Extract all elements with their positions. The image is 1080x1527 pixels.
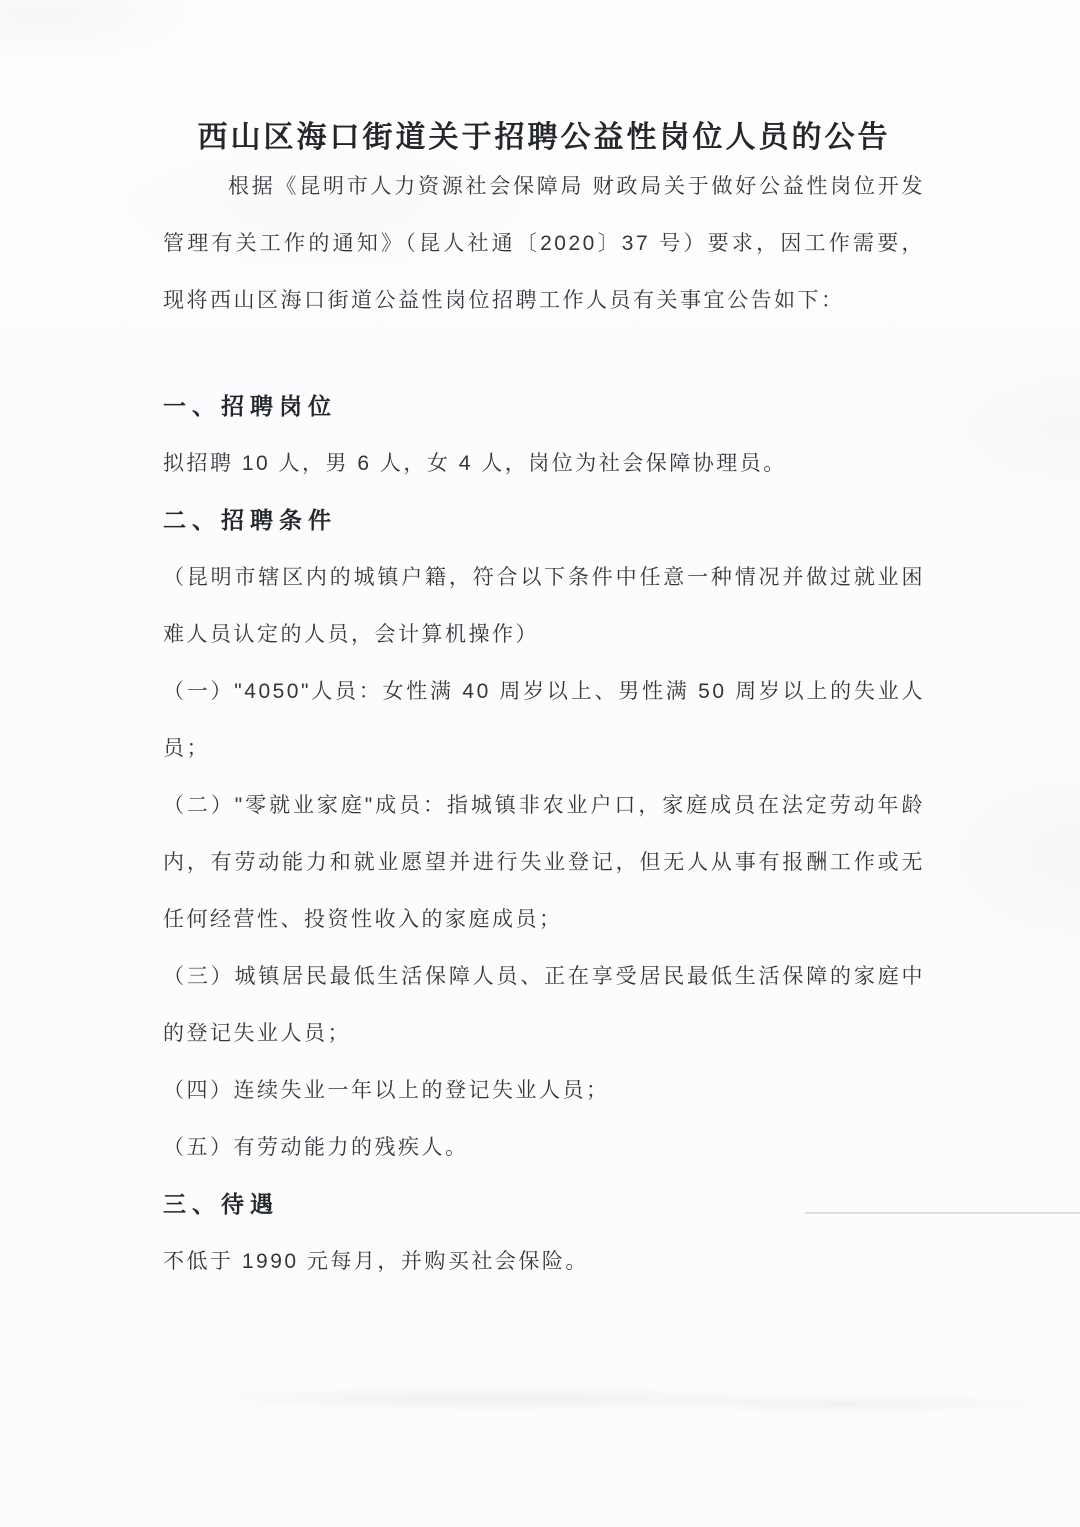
document-content: 西山区海口街道关于招聘公益性岗位人员的公告 根据《昆明市人力资源社会保障局 财政…	[163, 0, 925, 1290]
section-1-heading: 一、招聘岗位	[163, 378, 925, 435]
section-recruit-positions: 一、招聘岗位 拟招聘 10 人，男 6 人，女 4 人，岗位为社会保障协理员。	[163, 378, 925, 492]
section-3-heading: 三、待遇	[163, 1176, 925, 1233]
section-2-heading: 二、招聘条件	[163, 492, 925, 549]
condition-item-3: （三）城镇居民最低生活保障人员、正在享受居民最低生活保障的家庭中的登记失业人员；	[163, 948, 925, 1062]
condition-item-4: （四）连续失业一年以上的登记失业人员；	[163, 1062, 925, 1119]
section-1-paragraph: 拟招聘 10 人，男 6 人，女 4 人，岗位为社会保障协理员。	[163, 435, 925, 492]
condition-item-1: （一）"4050"人员：女性满 40 周岁以上、男性满 50 周岁以上的失业人员…	[163, 663, 925, 777]
condition-item-2: （二）"零就业家庭"成员：指城镇非农业户口，家庭成员在法定劳动年龄内，有劳动能力…	[163, 777, 925, 948]
document-title: 西山区海口街道关于招聘公益性岗位人员的公告	[163, 118, 925, 158]
condition-item-5: （五）有劳动能力的残疾人。	[163, 1119, 925, 1176]
section-recruit-conditions: 二、招聘条件 （昆明市辖区内的城镇户籍，符合以下条件中任意一种情况并做过就业困难…	[163, 492, 925, 1176]
scanned-document-page: 西山区海口街道关于招聘公益性岗位人员的公告 根据《昆明市人力资源社会保障局 财政…	[0, 0, 1080, 1527]
intro-paragraph: 根据《昆明市人力资源社会保障局 财政局关于做好公益性岗位开发管理有关工作的通知》…	[163, 158, 925, 329]
section-compensation: 三、待遇 不低于 1990 元每月，并购买社会保险。	[163, 1176, 925, 1290]
condition-scope-paragraph: （昆明市辖区内的城镇户籍，符合以下条件中任意一种情况并做过就业困难人员认定的人员…	[163, 549, 925, 663]
compensation-paragraph: 不低于 1990 元每月，并购买社会保险。	[163, 1233, 925, 1290]
